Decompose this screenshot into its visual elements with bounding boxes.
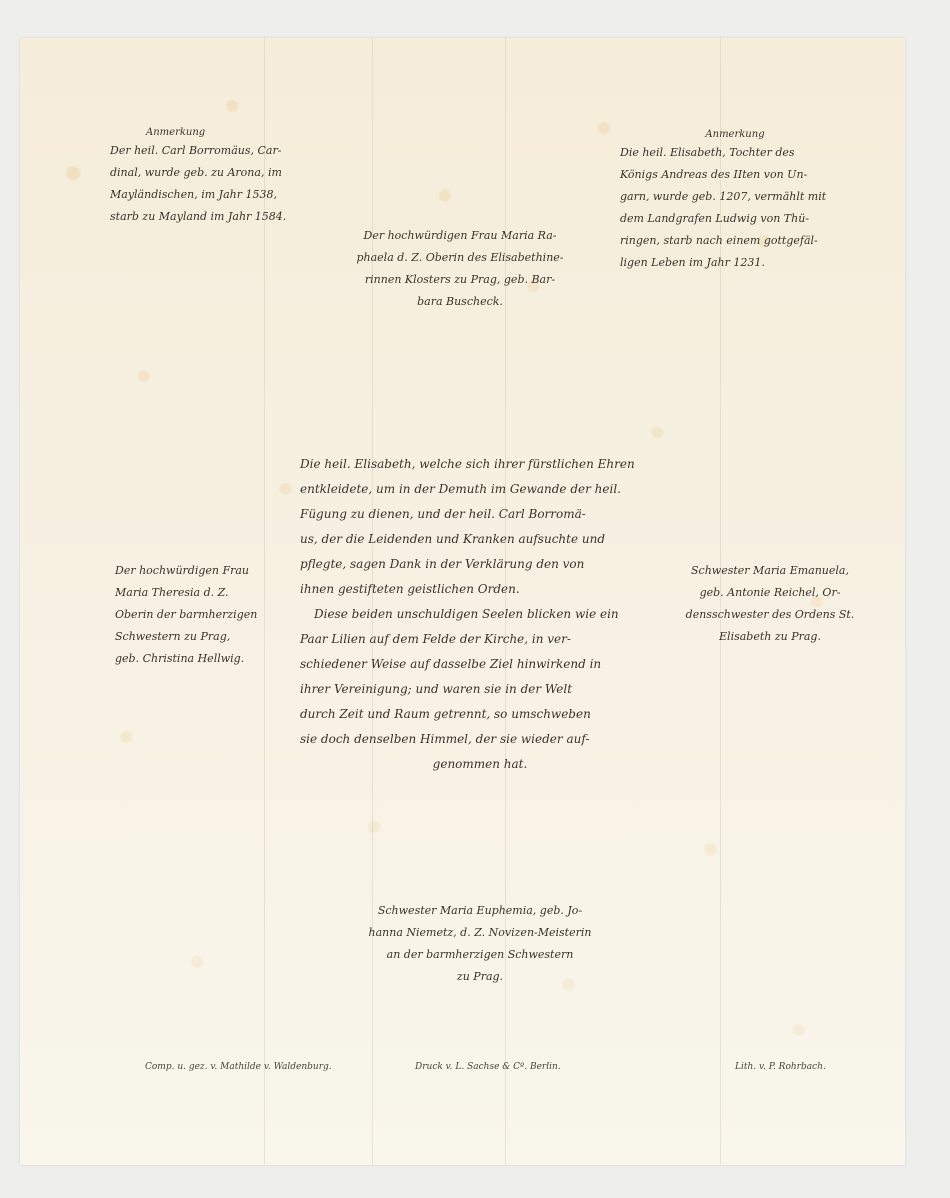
- dedication-line: Der hochwürdigen Frau: [115, 560, 295, 582]
- main-text-line: Diese beiden unschuldigen Seelen blicken…: [300, 602, 660, 627]
- dedication-line: Oberin der barmherzigen: [115, 604, 295, 626]
- main-text-line: Fügung zu dienen, und der heil. Carl Bor…: [300, 502, 660, 527]
- note-right-heading: Anmerkung: [620, 128, 850, 142]
- dedication-left: Der hochwürdigen Frau Maria Theresia d. …: [115, 560, 295, 670]
- note-right-line: Königs Andreas des IIten von Un-: [620, 164, 850, 186]
- note-right-line: Die heil. Elisabeth, Tochter des: [620, 142, 850, 164]
- note-right-line: dem Landgrafen Ludwig von Thü-: [620, 208, 850, 230]
- dedication-line: phaela d. Z. Oberin des Elisabethine-: [350, 247, 570, 269]
- main-text-line: sie doch denselben Himmel, der sie wiede…: [300, 727, 660, 752]
- dedication-line: hanna Niemetz, d. Z. Novizen-Meisterin: [355, 922, 605, 944]
- main-text-line: us, der die Leidenden und Kranken aufsuc…: [300, 527, 660, 552]
- main-text-line: ihrer Vereinigung; und waren sie in der …: [300, 677, 660, 702]
- dedication-line: Schwester Maria Euphemia, geb. Jo-: [355, 900, 605, 922]
- note-right-line: garn, wurde geb. 1207, vermählt mit: [620, 186, 850, 208]
- dedication-right: Schwester Maria Emanuela, geb. Antonie R…: [675, 560, 865, 648]
- main-text-line: Die heil. Elisabeth, welche sich ihrer f…: [300, 452, 660, 477]
- note-left-line: dinal, wurde geb. zu Arona, im: [110, 162, 340, 184]
- footer-lithographer-credit: Lith. v. P. Rohrbach.: [735, 1062, 826, 1072]
- note-left-line: Der heil. Carl Borromäus, Car-: [110, 140, 340, 162]
- main-text-line: durch Zeit und Raum getrennt, so umschwe…: [300, 702, 660, 727]
- dedication-top-center: Der hochwürdigen Frau Maria Ra- phaela d…: [350, 225, 570, 313]
- note-left: Anmerkung Der heil. Carl Borromäus, Car-…: [110, 126, 340, 228]
- main-text-line: pflegte, sagen Dank in der Verklärung de…: [300, 552, 660, 577]
- dedication-line: bara Buscheck.: [350, 291, 570, 313]
- dedication-line: an der barmherzigen Schwestern: [355, 944, 605, 966]
- dedication-bottom: Schwester Maria Euphemia, geb. Jo- hanna…: [355, 900, 605, 988]
- dedication-line: Maria Theresia d. Z.: [115, 582, 295, 604]
- dedication-line: geb. Christina Hellwig.: [115, 648, 295, 670]
- dedication-line: Schwester Maria Emanuela,: [675, 560, 865, 582]
- main-text-line: schiedener Weise auf dasselbe Ziel hinwi…: [300, 652, 660, 677]
- main-text-line: genommen hat.: [300, 752, 660, 777]
- dedication-line: rinnen Klosters zu Prag, geb. Bar-: [350, 269, 570, 291]
- main-text-line: ihnen gestifteten geistlichen Orden.: [300, 577, 660, 602]
- dedication-line: Schwestern zu Prag,: [115, 626, 295, 648]
- footer-printer-credit: Druck v. L. Sachse & Cº. Berlin.: [415, 1062, 561, 1072]
- dedication-line: Elisabeth zu Prag.: [675, 626, 865, 648]
- main-text: Die heil. Elisabeth, welche sich ihrer f…: [300, 452, 660, 777]
- main-text-line: entkleidete, um in der Demuth im Gewande…: [300, 477, 660, 502]
- note-right-line: ligen Leben im Jahr 1231.: [620, 252, 850, 274]
- dedication-line: Der hochwürdigen Frau Maria Ra-: [350, 225, 570, 247]
- note-left-heading: Anmerkung: [110, 126, 340, 140]
- main-text-line: Paar Lilien auf dem Felde der Kirche, in…: [300, 627, 660, 652]
- note-right: Anmerkung Die heil. Elisabeth, Tochter d…: [620, 128, 850, 274]
- note-left-line: Mayländischen, im Jahr 1538,: [110, 184, 340, 206]
- footer-artist-credit: Comp. u. gez. v. Mathilde v. Waldenburg.: [145, 1062, 332, 1072]
- note-right-line: ringen, starb nach einem gottgefäl-: [620, 230, 850, 252]
- dedication-line: densschwester des Ordens St.: [675, 604, 865, 626]
- dedication-line: geb. Antonie Reichel, Or-: [675, 582, 865, 604]
- dedication-line: zu Prag.: [355, 966, 605, 988]
- note-left-line: starb zu Mayland im Jahr 1584.: [110, 206, 340, 228]
